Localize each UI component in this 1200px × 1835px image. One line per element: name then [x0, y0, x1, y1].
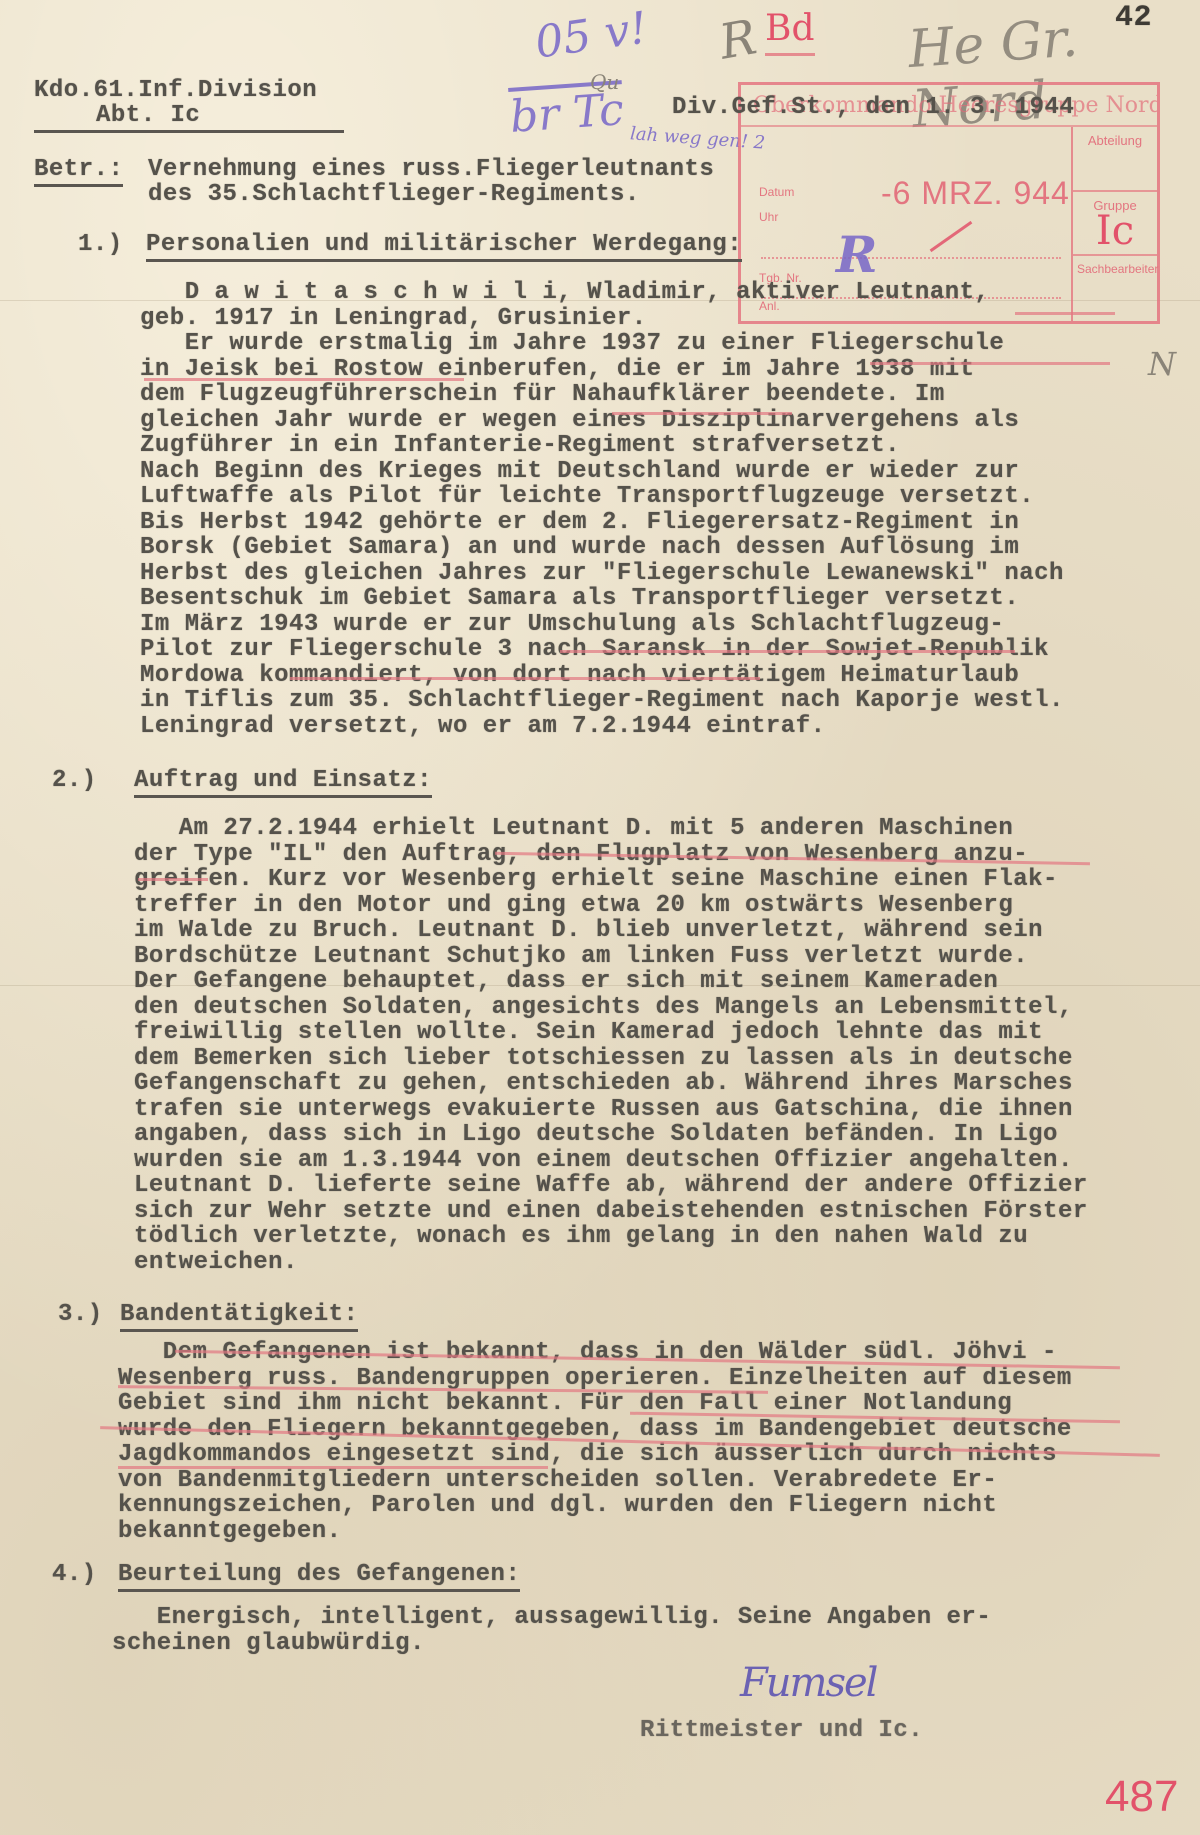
body-line: Nach Beginn des Krieges mit Deutschland …	[140, 459, 1064, 485]
subject-line-2: des 35.Schlachtflieger-Regiments.	[148, 182, 640, 208]
section-body: Am 27.2.1944 erhielt Leutnant D. mit 5 a…	[134, 816, 1088, 1275]
red-check-mark	[930, 221, 973, 252]
red-underline	[560, 650, 1015, 653]
section-body: Energisch, intelligent, aussagewillig. S…	[112, 1605, 991, 1656]
body-line: greifen. Kurz vor Wesenberg erhielt sein…	[134, 867, 1088, 893]
section-heading: Personalien und militärischer Werdegang:	[146, 232, 742, 262]
body-line: in Tiflis zum 35. Schlachtflieger-Regime…	[140, 688, 1064, 714]
red-underline	[144, 378, 464, 381]
subject-label: Betr.:	[34, 157, 123, 187]
stamp-cell-gruppe: Gruppe Ic	[1073, 192, 1157, 257]
body-line: Der Gefangene behauptet, dass er sich mi…	[134, 969, 1088, 995]
section-heading: Beurteilung des Gefangenen:	[118, 1562, 520, 1592]
body-line: trafen sie unterwegs evakuierte Russen a…	[134, 1097, 1088, 1123]
body-line: Herbst des gleichen Jahres zur "Fliegers…	[140, 561, 1064, 587]
red-underline	[612, 412, 792, 415]
body-line: entweichen.	[134, 1250, 1088, 1276]
body-line: Energisch, intelligent, aussagewillig. S…	[112, 1605, 991, 1631]
body-line: Gefangenschaft zu gehen, entschieden ab.…	[134, 1071, 1088, 1097]
body-line: tödlich verletzte, wonach es ihm gelang …	[134, 1224, 1088, 1250]
section-number: 2.)	[52, 768, 97, 794]
body-line: Leningrad versetzt, wo er am 7.2.1944 ei…	[140, 714, 1064, 740]
body-line: Am 27.2.1944 erhielt Leutnant D. mit 5 a…	[134, 816, 1088, 842]
section-number: 4.)	[52, 1562, 97, 1588]
body-line: scheinen glaubwürdig.	[112, 1631, 991, 1657]
body-line: treffer in den Motor und ging etwa 20 km…	[134, 893, 1088, 919]
body-line: Luftwaffe als Pilot für leichte Transpor…	[140, 484, 1064, 510]
body-line: angaben, dass sich in Ligo deutsche Sold…	[134, 1122, 1088, 1148]
stamp-dotted-line	[761, 257, 1061, 259]
body-line: Borsk (Gebiet Samara) an und wurde nach …	[140, 535, 1064, 561]
red-underline	[1015, 312, 1115, 315]
body-line: Mordowa kommandiert, von dort nach viert…	[140, 663, 1064, 689]
body-line: Leutnant D. lieferte seine Waffe ab, wäh…	[134, 1173, 1088, 1199]
subject-line-1: Vernehmung eines russ.Fliegerleutnants	[148, 157, 714, 183]
section-heading: Auftrag und Einsatz:	[134, 768, 432, 798]
place-date: Div.Gef.St., den 1. 3. 1944	[672, 95, 1074, 121]
body-line: geb. 1917 in Leningrad, Grusinier.	[140, 306, 1064, 332]
stamp-cell-abteilung: Abteilung	[1073, 127, 1157, 192]
section-heading: Bandentätigkeit:	[120, 1302, 358, 1332]
red-underline	[290, 677, 760, 680]
pencil-margin-mark: N	[1148, 345, 1176, 383]
body-line: wurden sie am 1.3.1944 von einem deutsch…	[134, 1148, 1088, 1174]
section-body: D a w i t a s c h w i l i, Wladimir, akt…	[140, 280, 1064, 739]
red-underline	[138, 878, 208, 881]
body-line: bekanntgegeben.	[118, 1519, 1072, 1545]
red-underline	[870, 362, 1110, 365]
section-number: 3.)	[58, 1302, 103, 1328]
stamp-time-label: Uhr	[759, 210, 778, 224]
body-line: den deutschen Soldaten, angesichts des M…	[134, 995, 1088, 1021]
handwritten-annotation-pencil: Qu	[590, 70, 619, 94]
body-line: Zugführer in ein Infanterie-Regiment str…	[140, 433, 1064, 459]
signature-title: Rittmeister und Ic.	[640, 1718, 923, 1744]
handwritten-annotation-blue: 05 v!	[532, 2, 651, 68]
body-line: sich zur Wehr setzte und einen dabeisteh…	[134, 1199, 1088, 1225]
body-line: Jagdkommandos eingesetzt sind, die sich …	[118, 1442, 1072, 1468]
sender-line-2: Abt. Ic	[34, 103, 344, 133]
folio-number: 487	[1105, 1772, 1178, 1822]
body-line: D a w i t a s c h w i l i, Wladimir, akt…	[140, 280, 1064, 306]
body-line: Bordschütze Leutnant Schutjko am linken …	[134, 944, 1088, 970]
body-line: im Walde zu Bruch. Leutnant D. blieb unv…	[134, 918, 1088, 944]
body-line: Im März 1943 wurde er zur Umschulung als…	[140, 612, 1064, 638]
blue-initial-stamp: R	[836, 225, 878, 284]
handwritten-signature: Fumsel	[740, 1660, 876, 1706]
document-page: 42 05 v! br Tc lah weg gen! 2 Qu R Bd He…	[0, 0, 1200, 1835]
body-line: Besentschuk im Gebiet Samara als Transpo…	[140, 586, 1064, 612]
body-line: von Bandenmitgliedern unterscheiden soll…	[118, 1468, 1072, 1494]
stamp-date-label: Datum	[759, 185, 794, 199]
red-underline	[118, 1466, 548, 1469]
body-line: gleichen Jahr wurde er wegen eines Diszi…	[140, 408, 1064, 434]
pencil-initial: R	[715, 9, 760, 70]
body-line: kennungszeichen, Parolen und dgl. wurden…	[118, 1493, 1072, 1519]
sender-line-1: Kdo.61.Inf.Division	[34, 78, 317, 104]
red-annotation-bd: Bd	[765, 8, 815, 56]
stamp-date: -6 MRZ. 944	[881, 175, 1070, 212]
section-number: 1.)	[78, 232, 123, 258]
body-line: Bis Herbst 1942 gehörte er dem 2. Fliege…	[140, 510, 1064, 536]
body-line: dem Flugzeugführerschein für Nahaufkläre…	[140, 382, 1064, 408]
body-line: Er wurde erstmalig im Jahre 1937 zu eine…	[140, 331, 1064, 357]
body-line: dem Bemerken sich lieber totschiessen zu…	[134, 1046, 1088, 1072]
stamp-group-value: Ic	[1077, 213, 1153, 249]
body-line: freiwillig stellen wollte. Sein Kamerad …	[134, 1020, 1088, 1046]
stamp-routing-column: Abteilung Gruppe Ic Sachbearbeiter	[1071, 127, 1157, 321]
body-line: Gebiet sind ihm nicht bekannt. Für den F…	[118, 1391, 1072, 1417]
